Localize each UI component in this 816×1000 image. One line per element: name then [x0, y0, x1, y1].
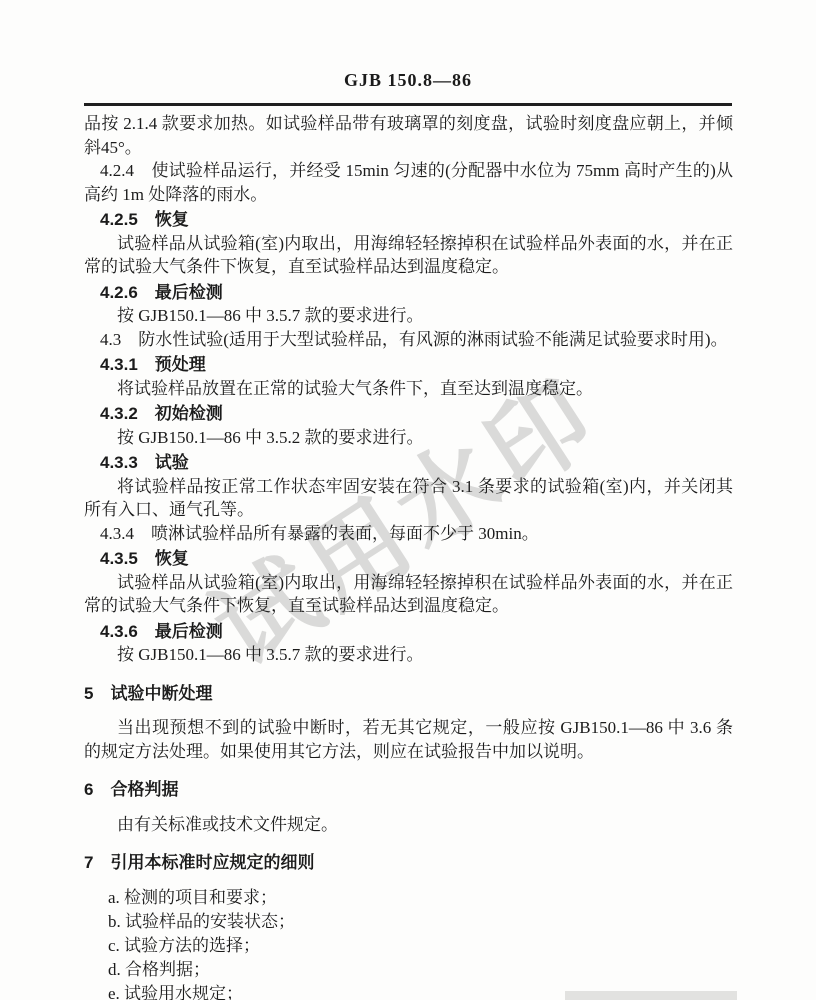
- heading-4-3-2-initial-check: 4.3.2 初始检测: [84, 402, 733, 426]
- heading-4-3-6-final-check: 4.3.6 最后检测: [84, 620, 733, 644]
- para-section-6-body: 由有关标准或技术文件规定。: [84, 813, 733, 837]
- list-item-d: d. 合格判据；: [84, 958, 733, 982]
- para-4-3-waterproof-test: 4.3 防水性试验(适用于大型试验样品，有风源的淋雨试验不能满足试验要求时用)。: [84, 328, 733, 352]
- para-section-5-body: 当出现预想不到的试验中断时，若无其它规定，一般应按 GJB150.1—86 中 …: [84, 716, 733, 763]
- para-4-2-5-body: 试验样品从试验箱(室)内取出，用海绵轻轻擦掉积在试验样品外表面的水，并在正常的试…: [84, 232, 733, 279]
- heading-4-3-1-pretreatment: 4.3.1 预处理: [84, 353, 733, 377]
- scan-artifact-bottom-right: [565, 991, 737, 1000]
- heading-4-3-5-recovery: 4.3.5 恢复: [84, 547, 733, 571]
- list-item-b: b. 试验样品的安装状态；: [84, 910, 733, 934]
- document-body: 品按 2.1.4 款要求加热。如试验样品带有玻璃罩的刻度盘，试验时刻度盘应朝上，…: [84, 112, 733, 1000]
- heading-4-2-6-final-check: 4.2.6 最后检测: [84, 281, 733, 305]
- heading-4-2-5-recovery: 4.2.5 恢复: [84, 208, 733, 232]
- para-4-3-1-body: 将试验样品放置在正常的试验大气条件下，直至达到温度稳定。: [84, 377, 733, 401]
- header-rule: [84, 103, 732, 106]
- document-page: GJB 150.8—86 品按 2.1.4 款要求加热。如试验样品带有玻璃罩的刻…: [0, 0, 816, 1000]
- section-5-heading-test-interruption: 5 试验中断处理: [84, 682, 733, 706]
- list-item-c: c. 试验方法的选择；: [84, 934, 733, 958]
- para-4-3-6-body: 按 GJB150.1—86 中 3.5.7 款的要求进行。: [84, 643, 733, 667]
- para-heating-continuation: 品按 2.1.4 款要求加热。如试验样品带有玻璃罩的刻度盘，试验时刻度盘应朝上，…: [84, 112, 733, 159]
- para-4-3-5-body: 试验样品从试验箱(室)内取出，用海绵轻轻擦掉积在试验样品外表面的水，并在正常的试…: [84, 571, 733, 618]
- page-header-standard-number: GJB 150.8—86: [84, 70, 732, 91]
- para-4-2-4: 4.2.4 使试验样品运行，并经受 15min 匀速的(分配器中水位为 75mm…: [84, 159, 733, 206]
- para-4-3-3-body: 将试验样品按正常工作状态牢固安装在符合 3.1 条要求的试验箱(室)内，并关闭其…: [84, 475, 733, 522]
- heading-4-3-3-test: 4.3.3 试验: [84, 451, 733, 475]
- para-4-3-2-body: 按 GJB150.1—86 中 3.5.2 款的要求进行。: [84, 426, 733, 450]
- list-item-a: a. 检测的项目和要求；: [84, 886, 733, 910]
- para-4-3-4-spray: 4.3.4 喷淋试验样品所有暴露的表面，每面不少于 30min。: [84, 522, 733, 546]
- section-7-heading-citation-rules: 7 引用本标准时应规定的细则: [84, 851, 733, 875]
- para-4-2-6-body: 按 GJB150.1—86 中 3.5.7 款的要求进行。: [84, 304, 733, 328]
- section-6-heading-pass-criteria: 6 合格判据: [84, 778, 733, 802]
